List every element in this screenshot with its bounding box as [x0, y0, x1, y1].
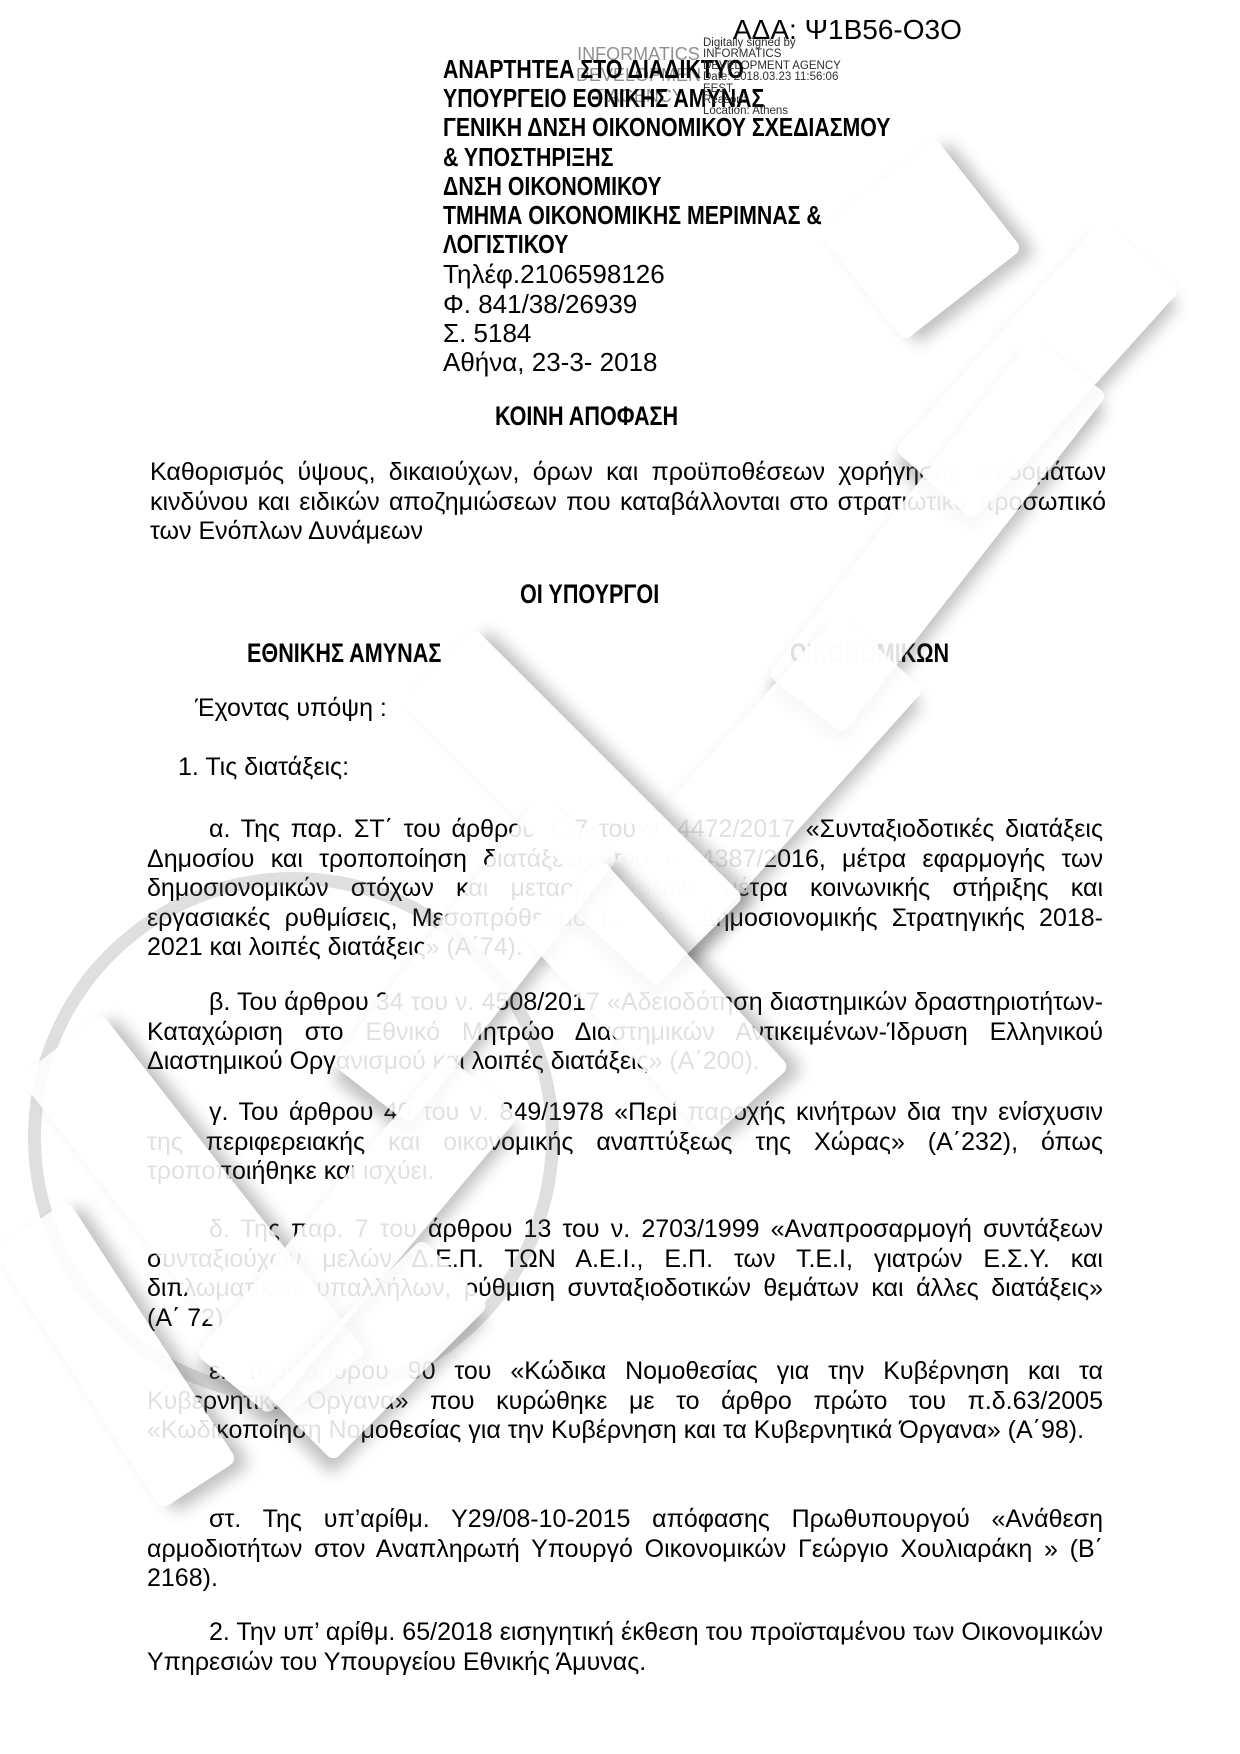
header-line: ΛΟΓΙΣΤΙΚΟΥ: [443, 230, 890, 259]
signature-detail-line: Location: Athens: [703, 106, 841, 117]
header-line: ΤΜΗΜΑ ΟΙΚΟΝΟΜΙΚΗΣ ΜΕΡΙΜΝΑΣ &: [443, 201, 890, 230]
header-protocol-number: Σ. 5184: [443, 319, 989, 348]
provision-st: στ. Της υπ’αρίθμ. Υ29/08-10-2015 απόφαση…: [147, 1505, 1103, 1594]
header-line: ΔΝΣΗ ΟΙΚΟΝΟΜΙΚΟΥ: [443, 172, 890, 201]
provision-d: δ. Της παρ. 7 του άρθρου 13 του ν. 2703/…: [147, 1215, 1103, 1333]
document-page: ΑΔΑ: Ψ1Β56-Ο3Ο INFORMATICS DEVELOPMEN T …: [0, 0, 1240, 1754]
header-file-number: Φ. 841/38/26939: [443, 290, 989, 319]
minister-finance: ΟΙΚΟΝΟΜΙΚΩΝ: [790, 638, 949, 669]
provision-e: ε. Του άρθρου 90 του «Κώδικα Νομοθεσίας …: [147, 1357, 1103, 1446]
header-contact-lines: Τηλέφ.2106598126 Φ. 841/38/26939 Σ. 5184…: [443, 260, 989, 377]
list-item-1: 1. Τις διατάξεις:: [178, 753, 349, 783]
signature-detail-line: Date: 2018.03.23 11:56:06: [703, 72, 841, 83]
header-date-line: Αθήνα, 23-3- 2018: [443, 348, 989, 377]
header-phone: Τηλέφ.2106598126: [443, 260, 989, 289]
provision-b: β. Του άρθρου 34 του ν. 4508/2017 «Αδειο…: [147, 988, 1103, 1077]
header-line: & ΥΠΟΣΤΗΡΙΞΗΣ: [443, 143, 890, 172]
list-item-2: 2. Την υπ’ αρίθμ. 65/2018 εισηγητική έκθ…: [147, 1618, 1103, 1677]
signature-details: Digitally signed by INFORMATICS DEVELOPM…: [703, 38, 841, 118]
ministers-heading: ΟΙ ΥΠΟΥΡΓΟΙ: [520, 579, 659, 610]
having-regard-line: Έχοντας υπόψη :: [195, 694, 387, 724]
provision-a: α. Της παρ. ΣΤ΄ του άρθρου 127 του ν. 44…: [147, 815, 1103, 963]
minister-national-defence: ΕΘΝΙΚΗΣ ΑΜΥΝΑΣ: [247, 638, 441, 669]
subject-paragraph: Καθορισμός ύψους, δικαιούχων, όρων και π…: [150, 458, 1106, 547]
document-title: ΚΟΙΝΗ ΑΠΟΦΑΣΗ: [495, 401, 678, 432]
provision-c: γ. Του άρθρου 40 του ν. 849/1978 «Περί π…: [147, 1098, 1103, 1187]
